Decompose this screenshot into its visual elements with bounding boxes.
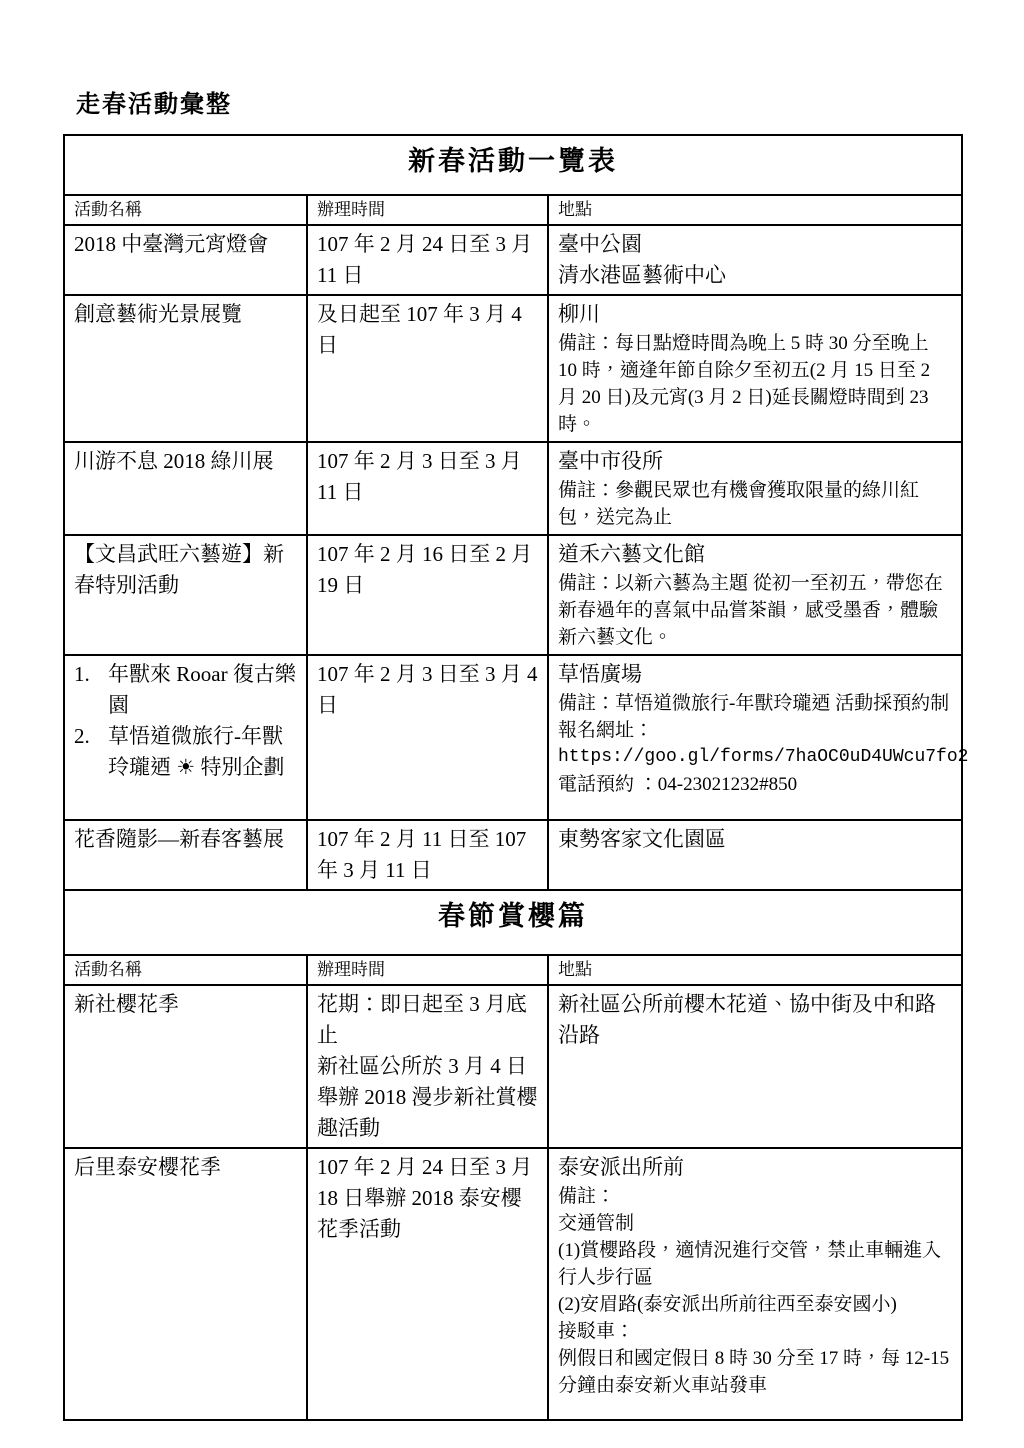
event-note: 備註： 交通管制 (1)賞櫻路段，適情況進行交管，禁止車輛進入行人步行區 (2)… bbox=[558, 1183, 952, 1399]
event-name-cell: 1. 年獸來 Rooar 復古樂園 2. 草悟道微旅行-年獸玲瓏迺 ☀ 特別企劃 bbox=[64, 655, 307, 820]
section-title-cherry-blossom: 春節賞櫻篇 bbox=[64, 890, 962, 955]
column-header-time: 辦理時間 bbox=[307, 195, 548, 225]
event-name-cell: 【文昌武旺六藝遊】新春特別活動 bbox=[64, 535, 307, 655]
event-name-cell: 后里泰安櫻花季 bbox=[64, 1148, 307, 1420]
event-time-cell: 107 年 2 月 24 日至 3 月 18 日舉辦 2018 泰安櫻花季活動 bbox=[307, 1148, 548, 1420]
event-location-cell: 臺中公園 清水港區藝術中心 bbox=[548, 225, 962, 295]
event-name-cell: 創意藝術光景展覽 bbox=[64, 295, 307, 442]
event-note: 備註：每日點燈時間為晚上 5 時 30 分至晚上 10 時，適逢年節自除夕至初五… bbox=[558, 330, 952, 438]
event-note: 備註：參觀民眾也有機會獲取限量的綠川紅包，送完為止 bbox=[558, 477, 952, 531]
event-time-cell: 107 年 2 月 24 日至 3 月 11 日 bbox=[307, 225, 548, 295]
event-time-cell: 107 年 2 月 3 日至 3 月 11 日 bbox=[307, 442, 548, 535]
event-location-cell: 泰安派出所前 備註： 交通管制 (1)賞櫻路段，適情況進行交管，禁止車輛進入行人… bbox=[548, 1148, 962, 1420]
event-name-cell: 新社櫻花季 bbox=[64, 985, 307, 1148]
document-page: 走春活動彙整 新春活動一覽表 活動名稱 辦理時間 地點 2018 中臺灣元宵燈會… bbox=[0, 0, 1024, 1448]
event-note: 備註：以新六藝為主題 從初一至初五，帶您在新春過年的喜氣中品嘗茶韻，感受墨香，體… bbox=[558, 570, 952, 651]
list-item: 2. 草悟道微旅行-年獸玲瓏迺 ☀ 特別企劃 bbox=[74, 721, 297, 783]
column-header-activity-name: 活動名稱 bbox=[64, 955, 307, 985]
event-location-cell: 柳川 備註：每日點燈時間為晚上 5 時 30 分至晚上 10 時，適逢年節自除夕… bbox=[548, 295, 962, 442]
table-row: 【文昌武旺六藝遊】新春特別活動 107 年 2 月 16 日至 2 月 19 日… bbox=[64, 535, 962, 655]
section-title-new-spring: 新春活動一覽表 bbox=[64, 135, 962, 195]
event-time-cell: 107 年 2 月 11 日至 107 年 3 月 11 日 bbox=[307, 820, 548, 890]
registration-url-label: 報名網址： bbox=[558, 717, 952, 744]
table-row: 2018 中臺灣元宵燈會 107 年 2 月 24 日至 3 月 11 日 臺中… bbox=[64, 225, 962, 295]
event-location-cell: 道禾六藝文化館 備註：以新六藝為主題 從初一至初五，帶您在新春過年的喜氣中品嘗茶… bbox=[548, 535, 962, 655]
event-name-cell: 2018 中臺灣元宵燈會 bbox=[64, 225, 307, 295]
table-row: 創意藝術光景展覽 及日起至 107 年 3 月 4 日 柳川 備註：每日點燈時間… bbox=[64, 295, 962, 442]
event-location-cell: 臺中市役所 備註：參觀民眾也有機會獲取限量的綠川紅包，送完為止 bbox=[548, 442, 962, 535]
page-title: 走春活動彙整 bbox=[76, 90, 1024, 120]
list-item: 1. 年獸來 Rooar 復古樂園 bbox=[74, 659, 297, 721]
event-note: 備註：草悟道微旅行-年獸玲瓏迺 活動採預約制 bbox=[558, 690, 952, 717]
column-header-location: 地點 bbox=[548, 195, 962, 225]
column-header-time: 辦理時間 bbox=[307, 955, 548, 985]
event-location-cell: 新社區公所前櫻木花道、協中街及中和路沿路 bbox=[548, 985, 962, 1148]
table-row: 新社櫻花季 花期：即日起至 3 月底止 新社區公所於 3 月 4 日舉辦 201… bbox=[64, 985, 962, 1148]
event-name-cell: 川游不息 2018 綠川展 bbox=[64, 442, 307, 535]
column-header-location: 地點 bbox=[548, 955, 962, 985]
event-location-cell: 東勢客家文化園區 bbox=[548, 820, 962, 890]
events-table: 新春活動一覽表 活動名稱 辦理時間 地點 2018 中臺灣元宵燈會 107 年 … bbox=[63, 134, 963, 1421]
event-location-cell: 草悟廣場 備註：草悟道微旅行-年獸玲瓏迺 活動採預約制 報名網址： https:… bbox=[548, 655, 962, 820]
phone-reservation: 電話預約 ：04-23021232#850 bbox=[558, 771, 952, 798]
table-row: 后里泰安櫻花季 107 年 2 月 24 日至 3 月 18 日舉辦 2018 … bbox=[64, 1148, 962, 1420]
registration-url: https://goo.gl/forms/7haOC0uD4UWcu7fo2 bbox=[558, 744, 952, 771]
event-time-cell: 107 年 2 月 16 日至 2 月 19 日 bbox=[307, 535, 548, 655]
column-header-activity-name: 活動名稱 bbox=[64, 195, 307, 225]
table-row: 1. 年獸來 Rooar 復古樂園 2. 草悟道微旅行-年獸玲瓏迺 ☀ 特別企劃… bbox=[64, 655, 962, 820]
table-row: 川游不息 2018 綠川展 107 年 2 月 3 日至 3 月 11 日 臺中… bbox=[64, 442, 962, 535]
table-row: 花香隨影—新春客藝展 107 年 2 月 11 日至 107 年 3 月 11 … bbox=[64, 820, 962, 890]
event-time-cell: 及日起至 107 年 3 月 4 日 bbox=[307, 295, 548, 442]
event-time-cell: 107 年 2 月 3 日至 3 月 4 日 bbox=[307, 655, 548, 820]
event-name-cell: 花香隨影—新春客藝展 bbox=[64, 820, 307, 890]
event-time-cell: 花期：即日起至 3 月底止 新社區公所於 3 月 4 日舉辦 2018 漫步新社… bbox=[307, 985, 548, 1148]
event-name-list: 1. 年獸來 Rooar 復古樂園 2. 草悟道微旅行-年獸玲瓏迺 ☀ 特別企劃 bbox=[74, 659, 297, 783]
